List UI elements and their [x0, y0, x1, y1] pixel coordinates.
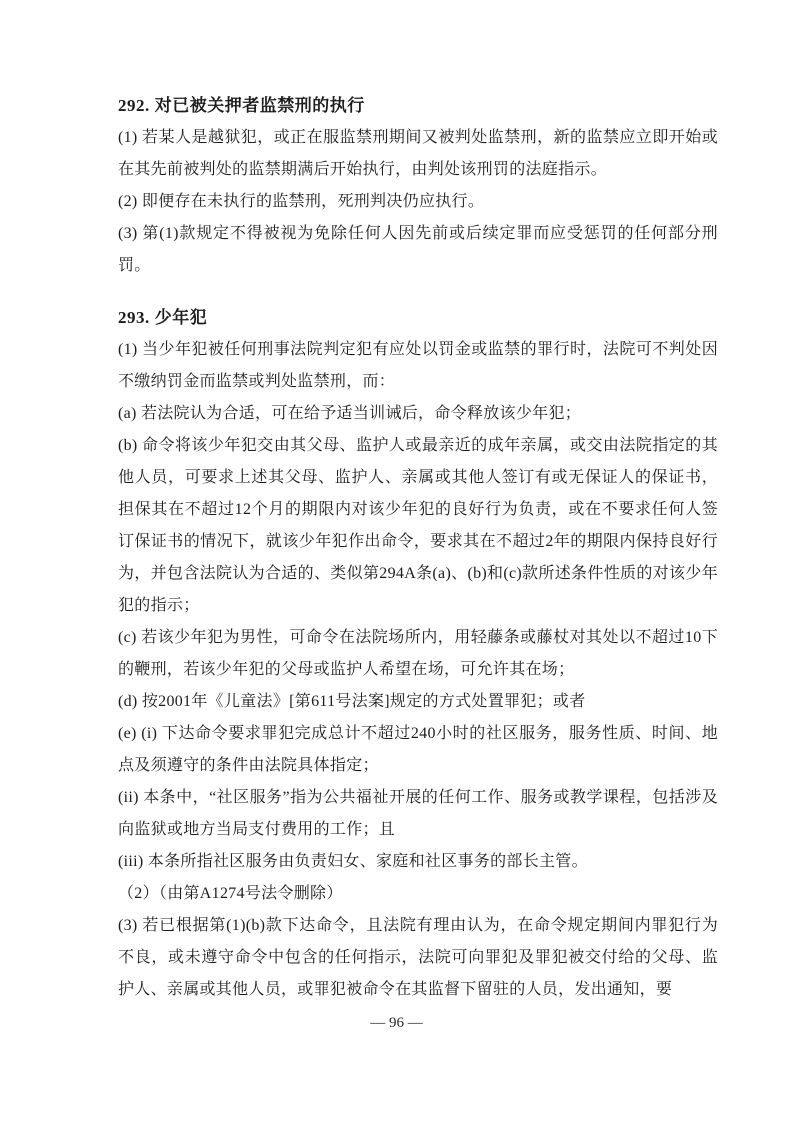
- page-footer: — 96 —: [0, 1014, 793, 1032]
- paragraph-293-1e-i: (e) (i) 下达命令要求罪犯完成总计不超过240小时的社区服务，服务性质、时…: [118, 718, 718, 782]
- paragraph-292-1: (1) 若某人是越狱犯，或正在服监禁刑期间又被判处监禁刑，新的监禁应立即开始或在…: [118, 122, 718, 186]
- paragraph-293-1b: (b) 命令将该少年犯交由其父母、监护人或最亲近的成年亲属，或交由法院指定的其他…: [118, 430, 718, 622]
- paragraph-293-1: (1) 当少年犯被任何刑事法院判定犯有应处以罚金或监禁的罪行时，法院可不判处因不…: [118, 334, 718, 398]
- section-292-heading: 292.对已被关押者监禁刑的执行: [118, 90, 718, 122]
- document-page: 292.对已被关押者监禁刑的执行 (1) 若某人是越狱犯，或正在服监禁刑期间又被…: [0, 0, 793, 1122]
- paragraph-292-2: (2) 即便存在未执行的监禁刑，死刑判决仍应执行。: [118, 186, 718, 218]
- section-292-title: 对已被关押者监禁刑的执行: [155, 96, 365, 115]
- section-293-title: 少年犯: [155, 308, 208, 327]
- paragraph-293-1d: (d) 按2001年《儿童法》[第611号法案]规定的方式处置罪犯；或者: [118, 686, 718, 718]
- paragraph-293-1a: (a) 若法院认为合适，可在给予适当训诫后，命令释放该少年犯；: [118, 398, 718, 430]
- section-293-heading: 293.少年犯: [118, 302, 718, 334]
- page-number: — 96 —: [370, 1015, 423, 1031]
- section-293: 293.少年犯 (1) 当少年犯被任何刑事法院判定犯有应处以罚金或监禁的罪行时，…: [118, 302, 718, 1006]
- paragraph-293-1e-iii: (iii) 本条所指社区服务由负责妇女、家庭和社区事务的部长主管。: [118, 846, 718, 878]
- paragraph-293-1e-ii: (ii) 本条中，“社区服务”指为公共福祉开展的任何工作、服务或教学课程，包括涉…: [118, 782, 718, 846]
- section-293-number: 293.: [118, 308, 150, 327]
- section-292: 292.对已被关押者监禁刑的执行 (1) 若某人是越狱犯，或正在服监禁刑期间又被…: [118, 90, 718, 282]
- paragraph-293-2: （2）（由第A1274号法令删除）: [118, 878, 718, 910]
- paragraph-292-3: (3) 第(1)款规定不得被视为免除任何人因先前或后续定罪而应受惩罚的任何部分刑…: [118, 218, 718, 282]
- section-292-number: 292.: [118, 96, 150, 115]
- paragraph-293-1c: (c) 若该少年犯为男性，可命令在法院场所内，用轻藤条或藤杖对其处以不超过10下…: [118, 622, 718, 686]
- paragraph-293-3: (3) 若已根据第(1)(b)款下达命令，且法院有理由认为，在命令规定期间内罪犯…: [118, 910, 718, 1006]
- document-content: 292.对已被关押者监禁刑的执行 (1) 若某人是越狱犯，或正在服监禁刑期间又被…: [118, 90, 718, 1006]
